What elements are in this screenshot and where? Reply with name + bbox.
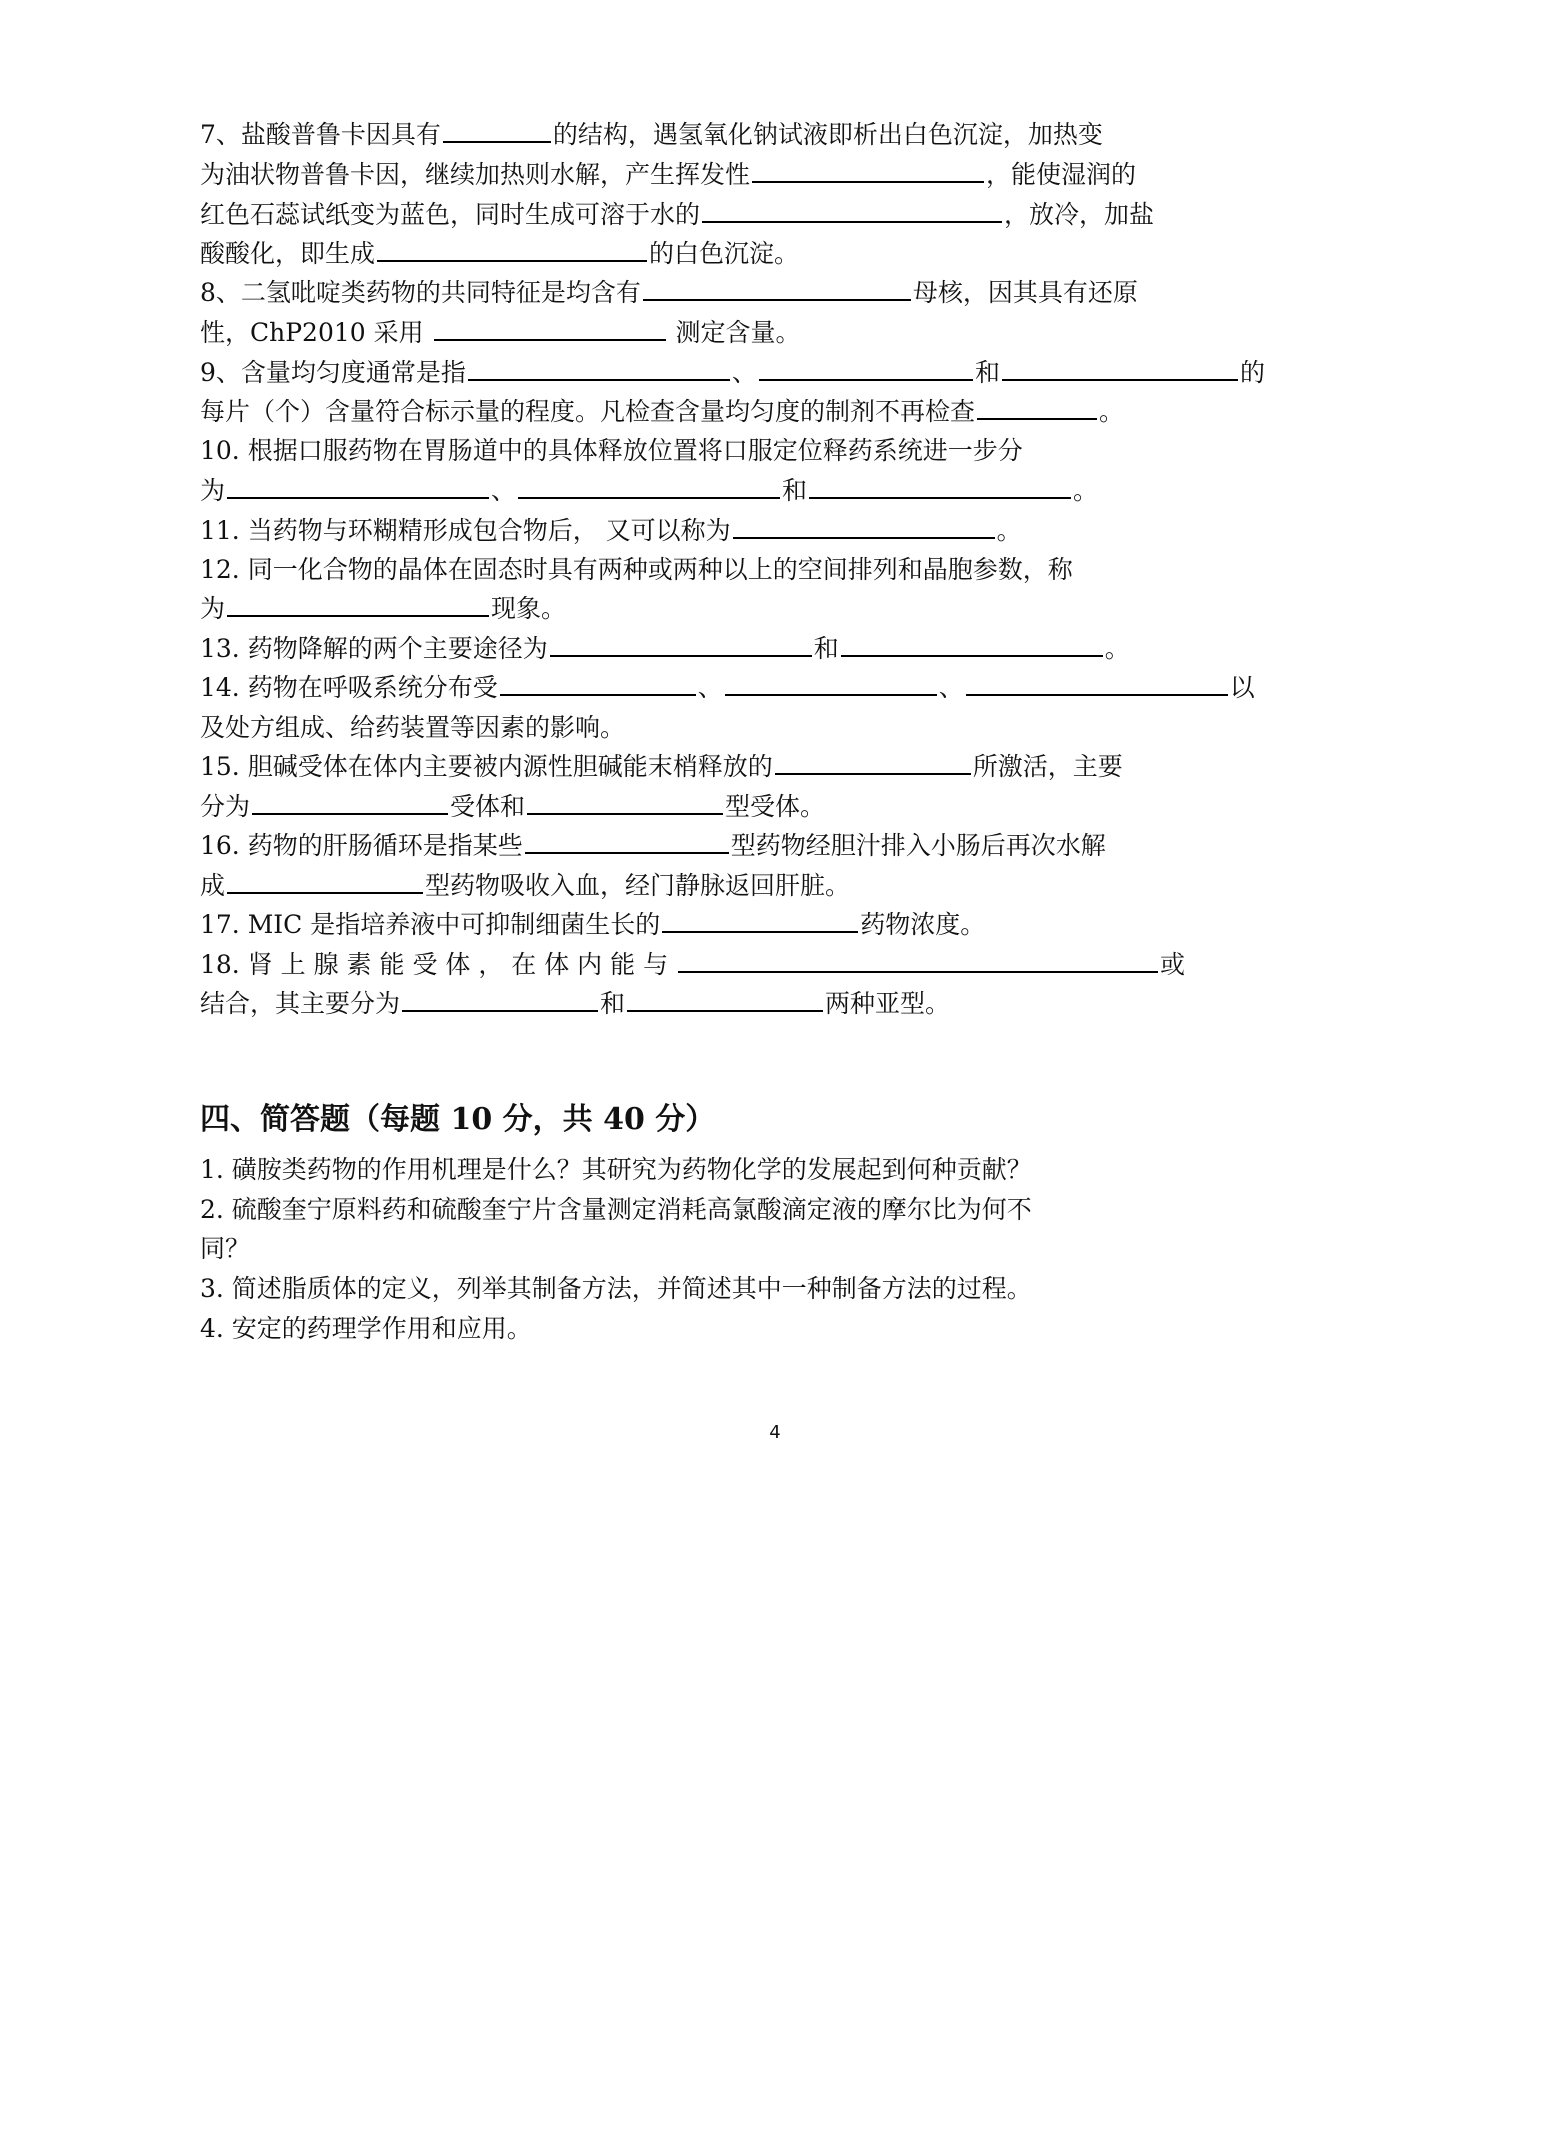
answer-blank[interactable]: [702, 195, 1002, 223]
text: 17. MIC 是指培养液中可抑制细菌生长的: [200, 910, 660, 939]
q7-line-4: 酸酸化，即生成的白色沉淀。: [200, 234, 1368, 274]
answer-blank[interactable]: [434, 313, 666, 341]
q10-line-1: 10. 根据口服药物在胃肠道中的具体释放位置将口服定位释药系统进一步分: [200, 431, 1368, 471]
text: 酸酸化，即生成: [200, 239, 375, 268]
answer-blank[interactable]: [977, 392, 1097, 420]
answer-blank[interactable]: [468, 353, 730, 381]
text: 和: [814, 634, 839, 663]
short-answer-question-3: 3. 简述脂质体的定义，列举其制备方法，并简述其中一种制备方法的过程。: [200, 1269, 1032, 1309]
answer-blank[interactable]: [643, 273, 911, 301]
answer-blank[interactable]: [227, 471, 489, 499]
answer-blank[interactable]: [752, 155, 984, 183]
q14-line-1: 14. 药物在呼吸系统分布受、、以: [200, 668, 1368, 708]
answer-blank[interactable]: [550, 629, 812, 657]
answer-blank[interactable]: [227, 589, 489, 617]
q10-line-2: 为、和。: [200, 471, 1368, 511]
q13-line-1: 13. 药物降解的两个主要途径为和。: [200, 629, 1368, 669]
text: 、: [939, 673, 964, 702]
text: 14. 药物在呼吸系统分布受: [200, 673, 498, 702]
text: 为油状物普鲁卡因，继续加热则水解，产生挥发性: [200, 160, 750, 189]
q14-line-2: 及处方组成、给药装置等因素的影响。: [200, 708, 1368, 748]
text: 、: [491, 476, 516, 505]
text: 测定含量。: [668, 318, 801, 347]
text: 。: [1105, 634, 1130, 663]
page-number: 4: [0, 1422, 1550, 1443]
text: 、: [698, 673, 723, 702]
text: 13. 药物降解的两个主要途径为: [200, 634, 548, 663]
q18-line-2: 结合，其主要分为和两种亚型。: [200, 984, 1368, 1024]
text: 为: [200, 476, 225, 505]
text: 18. 肾 上 腺 素 能 受 体 ， 在 体 内 能 与: [200, 950, 676, 979]
text: 或: [1160, 950, 1185, 979]
text: 为: [200, 594, 225, 623]
answer-blank[interactable]: [627, 984, 823, 1012]
answer-blank[interactable]: [227, 866, 423, 894]
answer-blank[interactable]: [678, 945, 1158, 973]
text: 9、含量均匀度通常是指: [200, 358, 466, 387]
short-answer-question-2-cont: 同？: [200, 1229, 250, 1269]
text: 药物浓度。: [860, 910, 985, 939]
text: 母核，因其具有还原: [913, 278, 1138, 307]
text: 10. 根据口服药物在胃肠道中的具体释放位置将口服定位释药系统进一步分: [200, 436, 1023, 465]
q7-line-3: 红色石蕊试纸变为蓝色，同时生成可溶于水的，放冷，加盐: [200, 195, 1368, 235]
text: 。: [1073, 476, 1098, 505]
q15-line-2: 分为受体和型受体。: [200, 787, 1368, 827]
text: 7、盐酸普鲁卡因具有: [200, 120, 441, 149]
text: 11. 当药物与环糊精形成包合物后， 又可以称为: [200, 516, 731, 545]
text: 的白色沉淀。: [649, 239, 799, 268]
answer-blank[interactable]: [733, 511, 995, 539]
q12-line-1: 12. 同一化合物的晶体在固态时具有两种或两种以上的空间排列和晶胞参数，称: [200, 550, 1368, 590]
q7-line-1: 7、盐酸普鲁卡因具有的结构，遇氢氧化钠试液即析出白色沉淀，加热变: [200, 115, 1368, 155]
q17-line-1: 17. MIC 是指培养液中可抑制细菌生长的药物浓度。: [200, 905, 1368, 945]
text: 和: [975, 358, 1000, 387]
text: 成: [200, 871, 225, 900]
answer-blank[interactable]: [500, 668, 696, 696]
answer-blank[interactable]: [518, 471, 780, 499]
q18-line-1: 18. 肾 上 腺 素 能 受 体 ， 在 体 内 能 与 或: [200, 945, 1368, 985]
answer-blank[interactable]: [443, 115, 551, 143]
text: 型药物经胆汁排入小肠后再次水解: [731, 831, 1106, 860]
text: 及处方组成、给药装置等因素的影响。: [200, 713, 625, 742]
answer-blank[interactable]: [377, 234, 647, 262]
q8-line-2: 性，ChP2010 采用 测定含量。: [200, 313, 1368, 353]
text: 16. 药物的肝肠循环是指某些: [200, 831, 523, 860]
q12-line-2: 为现象。: [200, 589, 1368, 629]
answer-blank[interactable]: [1002, 353, 1238, 381]
text: 、: [732, 358, 757, 387]
answer-blank[interactable]: [775, 747, 971, 775]
text: 型受体。: [725, 792, 825, 821]
answer-blank[interactable]: [966, 668, 1228, 696]
text: 红色石蕊试纸变为蓝色，同时生成可溶于水的: [200, 200, 700, 229]
q15-line-1: 15. 胆碱受体在体内主要被内源性胆碱能末梢释放的所激活，主要: [200, 747, 1368, 787]
text: 现象。: [491, 594, 566, 623]
q11-line-1: 11. 当药物与环糊精形成包合物后， 又可以称为。: [200, 511, 1368, 551]
answer-blank[interactable]: [252, 787, 448, 815]
text: 性，ChP2010 采用: [200, 318, 432, 347]
short-answer-question-1: 1. 磺胺类药物的作用机理是什么？其研究为药物化学的发展起到何种贡献？: [200, 1150, 1032, 1190]
q9-line-2: 每片（个）含量符合标示量的程度。凡检查含量均匀度的制剂不再检查。: [200, 392, 1368, 432]
q7-line-2: 为油状物普鲁卡因，继续加热则水解，产生挥发性，能使湿润的: [200, 155, 1368, 195]
text: 所激活，主要: [973, 752, 1123, 781]
answer-blank[interactable]: [402, 984, 598, 1012]
text: 每片（个）含量符合标示量的程度。凡检查含量均匀度的制剂不再检查: [200, 397, 975, 426]
text: 和: [782, 476, 807, 505]
section-heading: 四、简答题（每题 10 分，共 40 分）: [200, 1098, 715, 1142]
text: 的结构，遇氢氧化钠试液即析出白色沉淀，加热变: [553, 120, 1103, 149]
text: ，能使湿润的: [986, 160, 1136, 189]
answer-blank[interactable]: [662, 905, 858, 933]
answer-blank[interactable]: [525, 826, 729, 854]
text: 。: [1099, 397, 1124, 426]
text: 8、二氢吡啶类药物的共同特征是均含有: [200, 278, 641, 307]
answer-blank[interactable]: [725, 668, 937, 696]
answer-blank[interactable]: [841, 629, 1103, 657]
text: 分为: [200, 792, 250, 821]
text: 。: [997, 516, 1022, 545]
answer-blank[interactable]: [759, 353, 973, 381]
q9-line-1: 9、含量均匀度通常是指、和的: [200, 353, 1368, 393]
text: 以: [1230, 673, 1255, 702]
answer-blank[interactable]: [809, 471, 1071, 499]
answer-blank[interactable]: [527, 787, 723, 815]
q8-line-1: 8、二氢吡啶类药物的共同特征是均含有母核，因其具有还原: [200, 273, 1368, 313]
text: ，放冷，加盐: [1004, 200, 1154, 229]
text: 的: [1240, 358, 1265, 387]
exam-page: 7、盐酸普鲁卡因具有的结构，遇氢氧化钠试液即析出白色沉淀，加热变 为油状物普鲁卡…: [0, 0, 1550, 2150]
short-answer-question-2: 2. 硫酸奎宁原料药和硫酸奎宁片含量测定消耗高氯酸滴定液的摩尔比为何不: [200, 1190, 1032, 1230]
q16-line-2: 成型药物吸收入血，经门静脉返回肝脏。: [200, 866, 1368, 906]
text: 受体和: [450, 792, 525, 821]
text: 12. 同一化合物的晶体在固态时具有两种或两种以上的空间排列和晶胞参数，称: [200, 555, 1073, 584]
text: 型药物吸收入血，经门静脉返回肝脏。: [425, 871, 850, 900]
q16-line-1: 16. 药物的肝肠循环是指某些型药物经胆汁排入小肠后再次水解: [200, 826, 1368, 866]
text: 结合，其主要分为: [200, 989, 400, 1018]
short-answer-question-4: 4. 安定的药理学作用和应用。: [200, 1309, 532, 1349]
text: 和: [600, 989, 625, 1018]
text: 两种亚型。: [825, 989, 950, 1018]
text: 15. 胆碱受体在体内主要被内源性胆碱能末梢释放的: [200, 752, 773, 781]
